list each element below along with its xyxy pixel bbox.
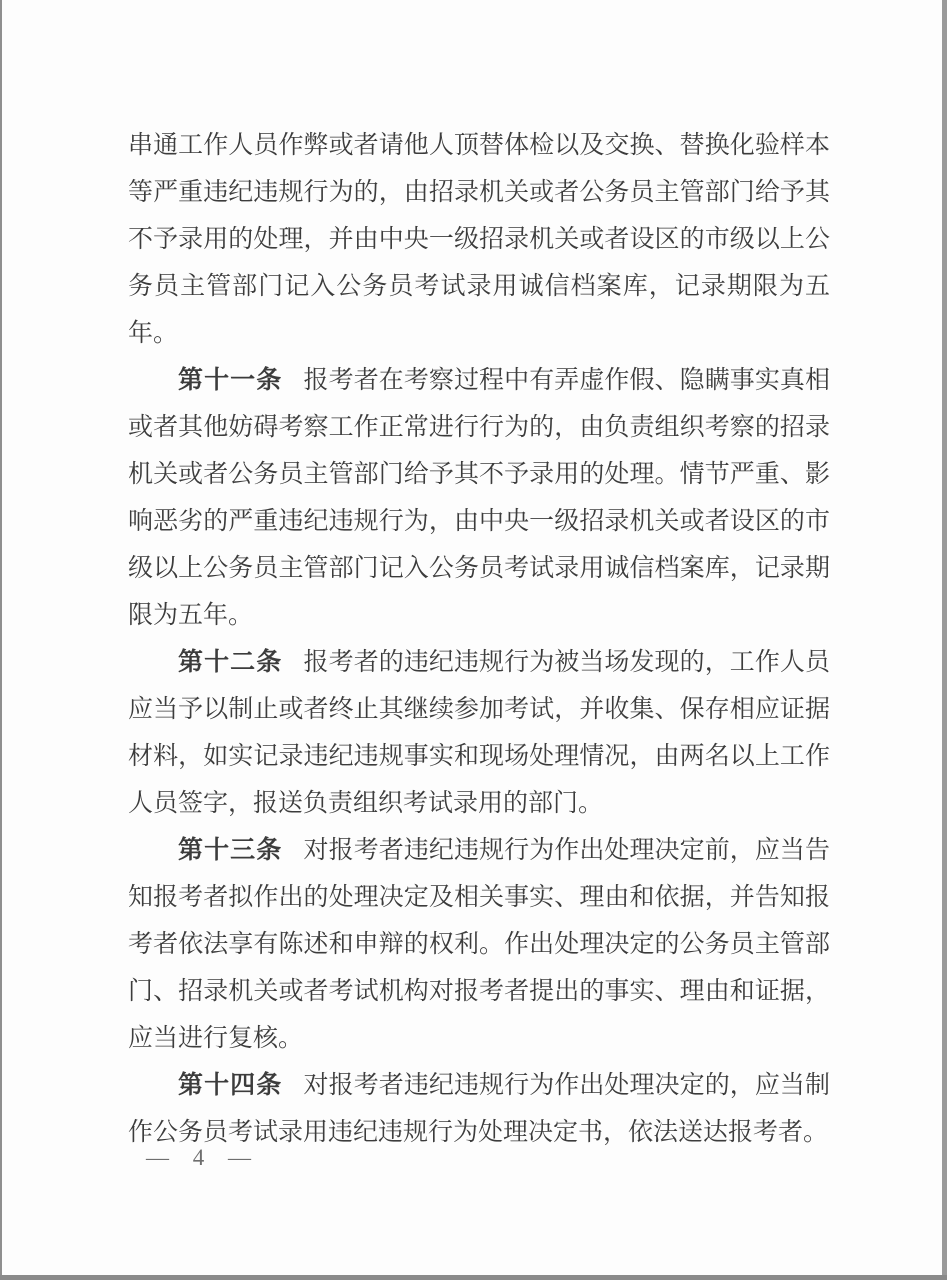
clause-paragraph: 串通工作人员作弊或者请他人顶替体检以及交换、替换化验样本等严重违纪违规行为的，由… xyxy=(128,122,830,357)
clause-number: 第十二条 xyxy=(178,648,282,676)
clause-number: 第十一条 xyxy=(178,366,282,394)
clause-paragraph: 第十三条对报考者违纪违规行为作出处理决定前，应当告知报考者拟作出的处理决定及相关… xyxy=(128,827,830,1062)
clause-text: 报考者在考察过程中有弄虚作假、隐瞒事实真相或者其他妨碍考察工作正常进行行为的，由… xyxy=(128,367,830,629)
clause-paragraph: 第十一条报考者在考察过程中有弄虚作假、隐瞒事实真相或者其他妨碍考察工作正常进行行… xyxy=(128,357,830,639)
scan-edge-left xyxy=(0,0,2,1280)
document-body: 串通工作人员作弊或者请他人顶替体检以及交换、替换化验样本等严重违纪违规行为的，由… xyxy=(128,122,830,1156)
clause-text: 对报考者违纪违规行为作出处理决定前，应当告知报考者拟作出的处理决定及相关事实、理… xyxy=(128,837,830,1052)
clause-paragraph: 第十二条报考者的违纪违规行为被当场发现的，工作人员应当予以制止或者终止其继续参加… xyxy=(128,639,830,827)
scan-edge-bottom xyxy=(0,1275,947,1280)
clause-number: 第十四条 xyxy=(178,1071,282,1099)
clause-paragraph: 第十四条对报考者违纪违规行为作出处理决定的，应当制作公务员考试录用违纪违规行为处… xyxy=(128,1062,830,1156)
clause-number: 第十三条 xyxy=(178,836,282,864)
scanned-document-page: 串通工作人员作弊或者请他人顶替体检以及交换、替换化验样本等严重违纪违规行为的，由… xyxy=(0,0,947,1280)
scan-edge-right xyxy=(942,0,947,1280)
page-number: — 4 — xyxy=(146,1144,260,1172)
clause-text: 串通工作人员作弊或者请他人顶替体检以及交换、替换化验样本等严重违纪违规行为的，由… xyxy=(128,132,830,347)
